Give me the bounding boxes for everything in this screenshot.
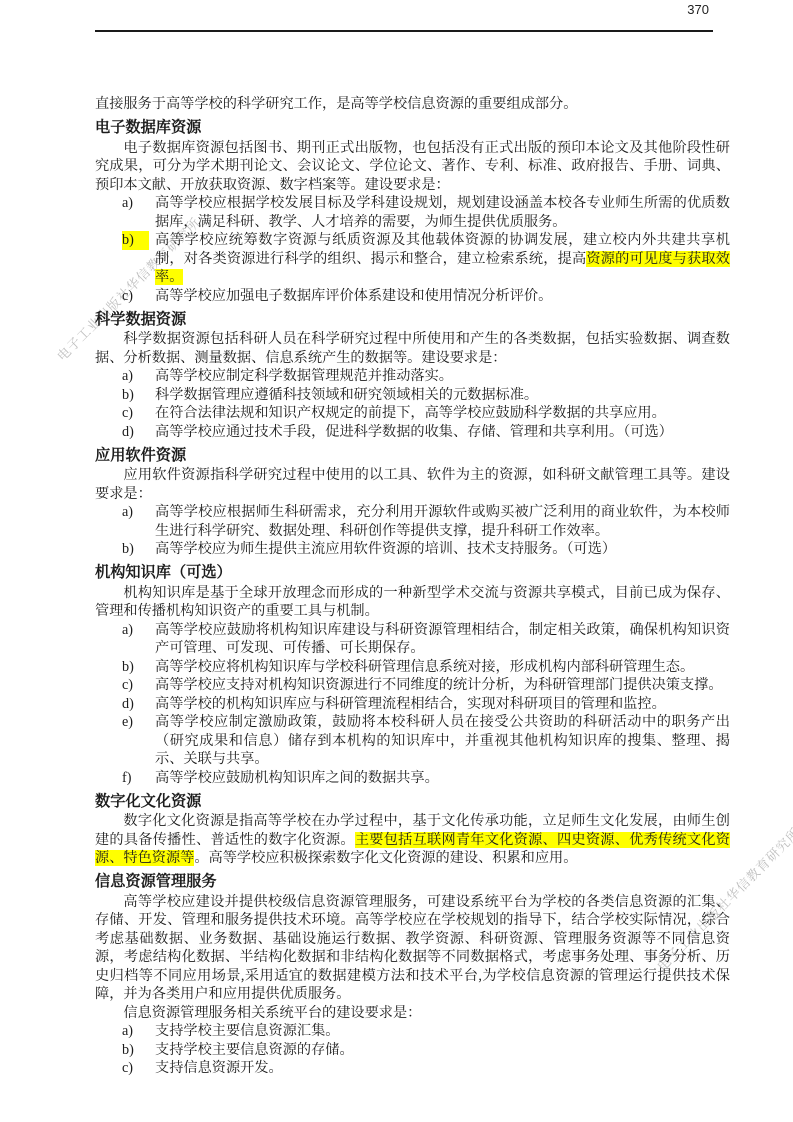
text-span: 高等学校应建设并提供校级信息资源管理服务，可建设系统平台为学校的各类信息资源的汇… [95, 894, 730, 1003]
item-label: c) [122, 287, 133, 306]
paragraph: 电子数据库资源包括图书、期刊正式出版物，也包括没有正式出版的预印本论文及其他阶段… [95, 139, 730, 195]
item-text: 高等学校应根据学校发展目标及学科建设规划，规划建设涵盖本校各专业师生所需的优质数… [155, 195, 730, 230]
list-item: c)支持信息资源开发。 [95, 1059, 730, 1078]
item-text: 在符合法律法规和知识产权规定的前提下，高等学校应鼓励科学数据的共享应用。 [155, 405, 666, 421]
item-label: c) [122, 676, 133, 695]
document-section: 科学数据资源科学数据资源包括科研人员在科学研究过程中所使用和产生的各类数据，包括… [95, 310, 730, 442]
text-span: 高等学校应制定科学数据管理规范并推动落实。 [155, 368, 453, 384]
document-section: 电子数据库资源电子数据库资源包括图书、期刊正式出版物，也包括没有正式出版的预印本… [95, 118, 730, 305]
text-span: 应用软件资源指科学研究过程中使用的以工具、软件为主的资源，如科研文献管理工具等。… [95, 467, 730, 502]
document-section: 数字化文化资源数字化文化资源是指高等学校在办学过程中，基于文化传承功能，立足师生… [95, 792, 730, 868]
item-label: a) [122, 1022, 133, 1041]
text-span: 高等学校应为师生提供主流应用软件资源的培训、技术支持服务。（可选） [155, 541, 616, 557]
section-heading: 科学数据资源 [95, 310, 730, 329]
list-item: a)支持学校主要信息资源汇集。 [95, 1022, 730, 1041]
document-content: 直接服务于高等学校的科学研究工作，是高等学校信息资源的重要组成部分。 电子数据库… [95, 95, 730, 1078]
item-label: e) [122, 713, 133, 732]
item-text: 支持学校主要信息资源的存储。 [155, 1042, 354, 1058]
text-span: 高等学校应加强电子数据库评价体系建设和使用情况分析评价。 [155, 288, 552, 304]
item-text: 高等学校的机构知识库应与科研管理流程相结合，实现对科研项目的管理和监控。 [155, 696, 666, 712]
paragraph: 科学数据资源包括科研人员在科学研究过程中所使用和产生的各类数据，包括实验数据、调… [95, 330, 730, 367]
list-item: c)高等学校应加强电子数据库评价体系建设和使用情况分析评价。 [95, 287, 730, 306]
item-label: a) [122, 621, 133, 640]
text-span: 支持学校主要信息资源汇集。 [155, 1023, 339, 1039]
item-text: 高等学校应制定激励政策，鼓励将本校科研人员在接受公共资助的科研活动中的职务产出（… [155, 714, 730, 767]
document-section: 机构知识库（可选）机构知识库是基于全球开放理念而形成的一种新型学术交流与资源共享… [95, 563, 730, 787]
text-span: 科学数据资源包括科研人员在科学研究过程中所使用和产生的各类数据，包括实验数据、调… [95, 331, 730, 366]
list-item: a)高等学校应鼓励将机构知识库建设与科研资源管理相结合，制定相关政策，确保机构知… [95, 621, 730, 658]
item-label: c) [122, 1059, 133, 1078]
document-section: 应用软件资源应用软件资源指科学研究过程中使用的以工具、软件为主的资源，如科研文献… [95, 446, 730, 559]
text-span: 信息资源管理服务相关系统平台的建设要求是： [123, 1005, 421, 1021]
list-item: b)支持学校主要信息资源的存储。 [95, 1041, 730, 1060]
text-span: 高等学校应将机构知识库与学校科研管理信息系统对接，形成机构内部科研管理生态。 [155, 659, 694, 675]
list-item: d)高等学校的机构知识库应与科研管理流程相结合，实现对科研项目的管理和监控。 [95, 695, 730, 714]
item-label: a) [122, 367, 133, 386]
list-item: b)高等学校应将机构知识库与学校科研管理信息系统对接，形成机构内部科研管理生态。 [95, 658, 730, 677]
item-text: 高等学校应统筹数字资源与纸质资源及其他载体资源的协调发展，建立校内外共建共享机制… [155, 232, 730, 285]
item-label: f) [122, 769, 131, 788]
section-heading: 数字化文化资源 [95, 792, 730, 811]
item-label: d) [122, 423, 134, 442]
item-label: b) [122, 386, 134, 405]
intro-paragraph: 直接服务于高等学校的科学研究工作，是高等学校信息资源的重要组成部分。 [95, 95, 730, 114]
item-label: b) [122, 1041, 134, 1060]
item-text: 支持信息资源开发。 [155, 1060, 283, 1076]
text-span: 高等学校应鼓励机构知识库之间的数据共享。 [155, 770, 439, 786]
text-span: 机构知识库是基于全球开放理念而形成的一种新型学术交流与资源共享模式，目前已成为保… [95, 585, 730, 620]
item-text: 高等学校应根据师生科研需求，充分利用开源软件或购买被广泛利用的商业软件，为本校师… [155, 504, 730, 539]
section-heading: 机构知识库（可选） [95, 563, 730, 582]
text-span: 支持学校主要信息资源的存储。 [155, 1042, 354, 1058]
item-text: 科学数据管理应遵循科技领域和研究领域相关的元数据标准。 [155, 387, 538, 403]
text-span: 高等学校应支持对机构知识资源进行不同维度的统计分析，为科研管理部门提供决策支撑。 [155, 677, 723, 693]
page-number: 370 [687, 2, 709, 17]
text-span: 高等学校应鼓励将机构知识库建设与科研资源管理相结合，制定相关政策，确保机构知识资… [155, 622, 730, 657]
list-item: f)高等学校应鼓励机构知识库之间的数据共享。 [95, 769, 730, 788]
item-text: 支持学校主要信息资源汇集。 [155, 1023, 339, 1039]
paragraph: 高等学校应建设并提供校级信息资源管理服务，可建设系统平台为学校的各类信息资源的汇… [95, 893, 730, 1004]
list-item: a)高等学校应根据师生科研需求，充分利用开源软件或购买被广泛利用的商业软件，为本… [95, 503, 730, 540]
list-item: e)高等学校应制定激励政策，鼓励将本校科研人员在接受公共资助的科研活动中的职务产… [95, 713, 730, 769]
section-heading: 应用软件资源 [95, 446, 730, 465]
list-item: b)高等学校应统筹数字资源与纸质资源及其他载体资源的协调发展，建立校内外共建共享… [95, 231, 730, 287]
text-span: 高等学校应根据师生科研需求，充分利用开源软件或购买被广泛利用的商业软件，为本校师… [155, 504, 730, 539]
text-span: 科学数据管理应遵循科技领域和研究领域相关的元数据标准。 [155, 387, 538, 403]
list-item: b)高等学校应为师生提供主流应用软件资源的培训、技术支持服务。（可选） [95, 540, 730, 559]
text-span: 高等学校的机构知识库应与科研管理流程相结合，实现对科研项目的管理和监控。 [155, 696, 666, 712]
item-label: a) [122, 194, 133, 213]
item-label: c) [122, 404, 133, 423]
item-label: b) [122, 231, 149, 250]
section-heading: 信息资源管理服务 [95, 872, 730, 891]
list-item: c)在符合法律法规和知识产权规定的前提下，高等学校应鼓励科学数据的共享应用。 [95, 404, 730, 423]
text-span: 支持信息资源开发。 [155, 1060, 283, 1076]
section-heading: 电子数据库资源 [95, 118, 730, 137]
sections-container: 电子数据库资源电子数据库资源包括图书、期刊正式出版物，也包括没有正式出版的预印本… [95, 118, 730, 1078]
item-text: 高等学校应鼓励机构知识库之间的数据共享。 [155, 770, 439, 786]
item-label: a) [122, 503, 133, 522]
paragraph: 机构知识库是基于全球开放理念而形成的一种新型学术交流与资源共享模式，目前已成为保… [95, 584, 730, 621]
header-rule [95, 30, 713, 32]
item-label: b) [122, 658, 134, 677]
text-span: 高等学校应通过技术手段，促进科学数据的收集、存储、管理和共享利用。（可选） [155, 424, 673, 440]
paragraph: 信息资源管理服务相关系统平台的建设要求是： [95, 1004, 730, 1023]
item-label: b) [122, 540, 134, 559]
item-text: 高等学校应制定科学数据管理规范并推动落实。 [155, 368, 453, 384]
item-text: 高等学校应将机构知识库与学校科研管理信息系统对接，形成机构内部科研管理生态。 [155, 659, 694, 675]
item-text: 高等学校应鼓励将机构知识库建设与科研资源管理相结合，制定相关政策，确保机构知识资… [155, 622, 730, 657]
list-item: a)高等学校应根据学校发展目标及学科建设规划，规划建设涵盖本校各专业师生所需的优… [95, 194, 730, 231]
text-span: 。高等学校应积极探索数字化文化资源的建设、积累和应用。 [194, 850, 577, 866]
item-text: 高等学校应为师生提供主流应用软件资源的培训、技术支持服务。（可选） [155, 541, 616, 557]
paragraph: 应用软件资源指科学研究过程中使用的以工具、软件为主的资源，如科研文献管理工具等。… [95, 466, 730, 503]
document-section: 信息资源管理服务高等学校应建设并提供校级信息资源管理服务，可建设系统平台为学校的… [95, 872, 730, 1078]
list-item: b)科学数据管理应遵循科技领域和研究领域相关的元数据标准。 [95, 386, 730, 405]
text-span: 在符合法律法规和知识产权规定的前提下，高等学校应鼓励科学数据的共享应用。 [155, 405, 666, 421]
list-item: c)高等学校应支持对机构知识资源进行不同维度的统计分析，为科研管理部门提供决策支… [95, 676, 730, 695]
item-text: 高等学校应通过技术手段，促进科学数据的收集、存储、管理和共享利用。（可选） [155, 424, 673, 440]
text-span: 高等学校应制定激励政策，鼓励将本校科研人员在接受公共资助的科研活动中的职务产出（… [155, 714, 730, 767]
list-item: d)高等学校应通过技术手段，促进科学数据的收集、存储、管理和共享利用。（可选） [95, 423, 730, 442]
item-text: 高等学校应支持对机构知识资源进行不同维度的统计分析，为科研管理部门提供决策支撑。 [155, 677, 723, 693]
text-span: 高等学校应根据学校发展目标及学科建设规划，规划建设涵盖本校各专业师生所需的优质数… [155, 195, 730, 230]
item-text: 高等学校应加强电子数据库评价体系建设和使用情况分析评价。 [155, 288, 552, 304]
item-label: d) [122, 695, 134, 714]
document-page: 电子工业出版社华信教育研究所 电子工业出版社华信教育研究所 370 直接服务于高… [0, 0, 793, 1122]
paragraph: 数字化文化资源是指高等学校在办学过程中，基于文化传承功能，立足师生文化发展，由师… [95, 812, 730, 868]
text-span: 电子数据库资源包括图书、期刊正式出版物，也包括没有正式出版的预印本论文及其他阶段… [95, 140, 730, 193]
list-item: a)高等学校应制定科学数据管理规范并推动落实。 [95, 367, 730, 386]
